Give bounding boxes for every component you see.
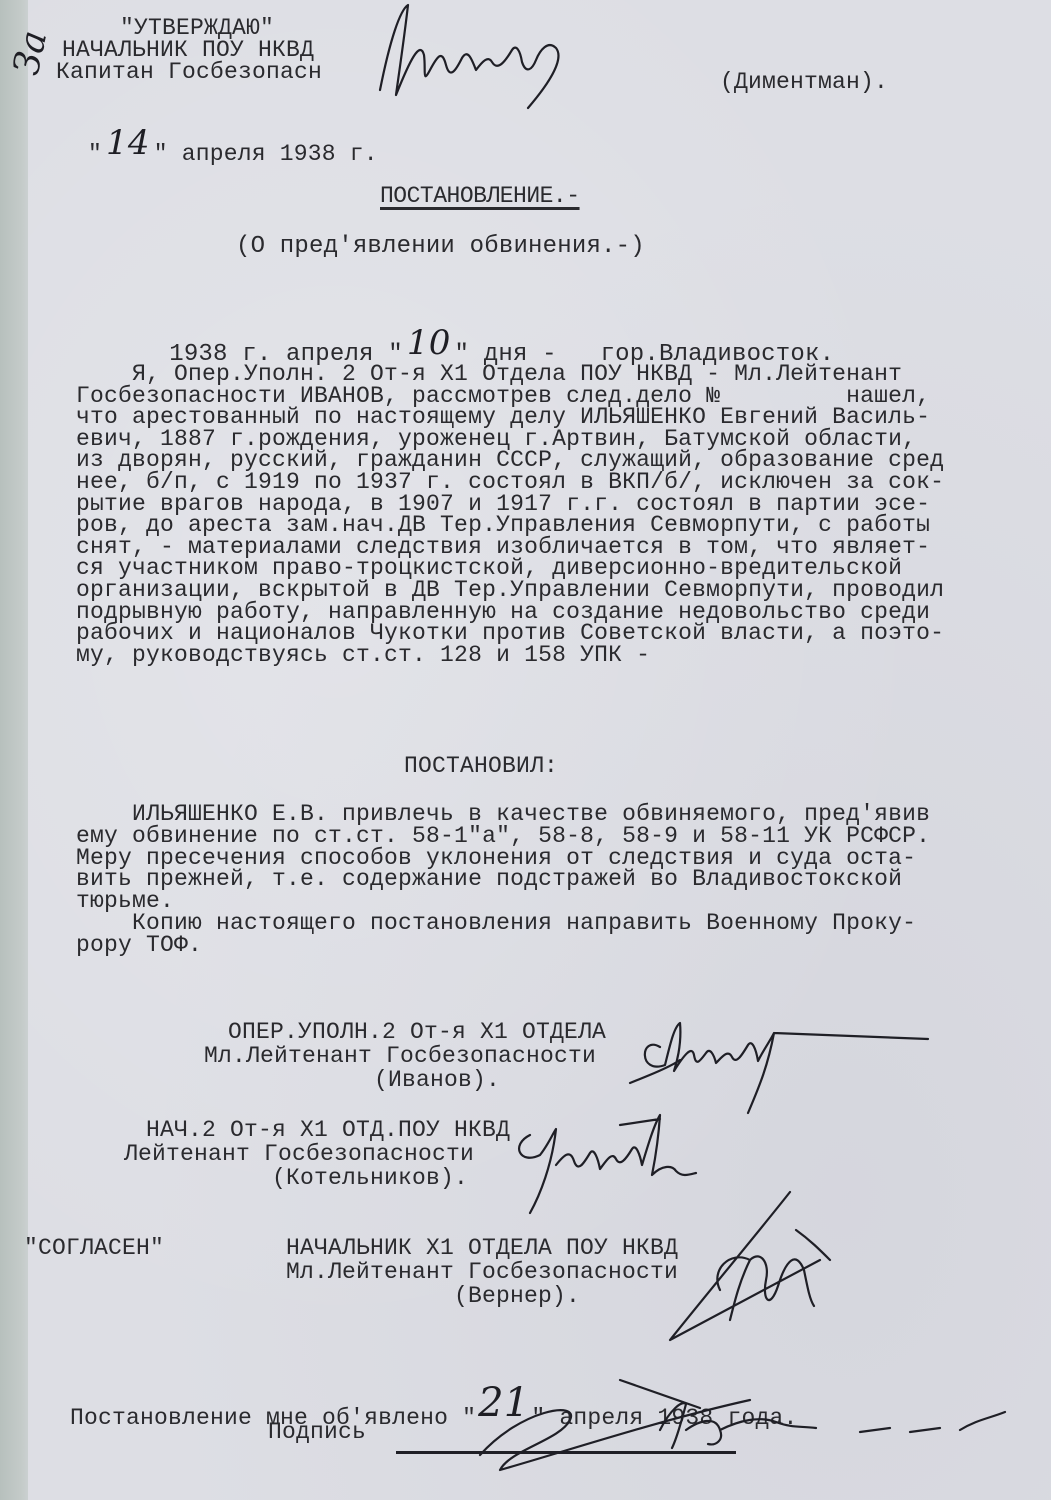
body-line: му, руководствуясь ст.ст. 128 и 158 УПК … [76,643,650,668]
approval-date-day: 14 [102,123,154,163]
signature-1-line-1: ОПЕР.УПОЛН.2 От-я Х1 ОТДЕЛА [228,1020,606,1045]
approval-date-open: " [88,141,102,167]
document-subtitle: (О пред'явлении обвинения.-) [236,234,645,259]
resolution-line: вить прежней, т.е. содержание подстражей… [76,867,902,892]
approval-date: "14" апреля 1938 г. [60,112,378,167]
signature-1-line-3: (Иванов). [374,1068,500,1093]
approval-date-rest: " апреля 1938 г. [154,141,378,167]
acknowledgement-signature [420,1360,1040,1480]
resolution-line: рору ТОФ. [76,933,202,958]
dateline-day: 10 [403,323,455,363]
approval-rank: Капитан Госбезопасн [56,60,322,85]
signature-3-handwritten [600,1190,880,1350]
approval-name: (Диментман). [720,70,888,95]
signature-2-line-2: Лейтенант Госбезопасности [124,1142,474,1167]
signature-2-line-1: НАЧ.2 От-я Х1 ОТД.ПОУ НКВД [146,1118,510,1143]
signature-label: Подпись [268,1420,366,1445]
document-title: ПОСТАНОВЛЕНИЕ.- [380,184,580,209]
signature-1-handwritten [610,1005,990,1115]
agreed-stamp: "СОГЛАСЕН" [24,1236,164,1261]
approval-signature [360,0,590,115]
signature-2-line-3: (Котельников). [272,1166,468,1191]
signature-1-line-2: Мл.Лейтенант Госбезопасности [204,1044,596,1069]
signature-3-line-3: (Вернер). [454,1284,580,1309]
resolved-heading: ПОСТАНОВИЛ: [404,754,558,779]
dateline: 1938 г. апреля "10" дня - гор.Владивосто… [140,312,834,367]
